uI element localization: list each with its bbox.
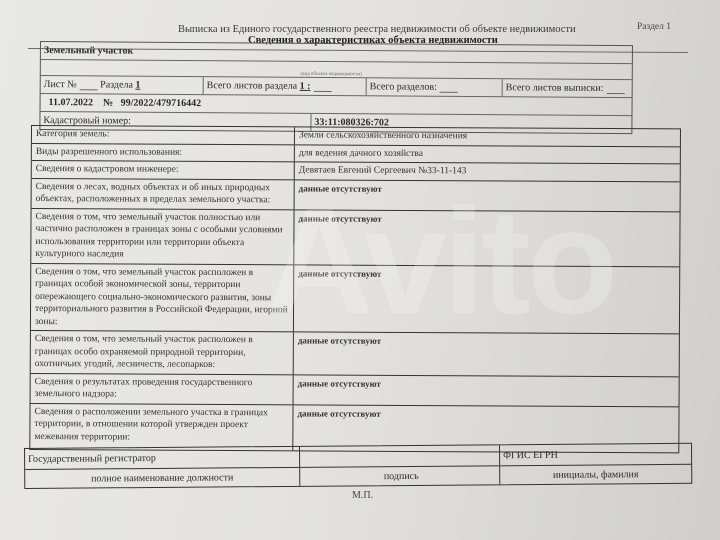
sheet-number-blank bbox=[80, 80, 98, 90]
characteristics-table: Категория земель:Земли сельскохозяйствен… bbox=[29, 125, 681, 453]
object-type-caption: (вид объекта недвижимости) bbox=[300, 72, 361, 77]
object-info-box: Земельный участок (вид объекта недвижимо… bbox=[39, 41, 633, 134]
total-sheets-section-label: Всего листов раздела bbox=[207, 80, 298, 92]
total-sheets-extract-cell: Всего листов выписки: bbox=[502, 79, 632, 97]
total-sections-cell: Всего разделов: bbox=[366, 78, 502, 96]
row-value: Земли сельскохозяйственного назначения bbox=[294, 127, 680, 146]
table-row: Сведения о том, что земельный участок ра… bbox=[31, 264, 679, 335]
sheet-label: Лист № bbox=[44, 79, 77, 90]
row-value: данные отсутствуют bbox=[294, 180, 680, 211]
row-value: Девятаев Евгений Сергеевич №33-11-143 bbox=[294, 162, 680, 181]
extract-page: Выписка из Единого государственного реес… bbox=[0, 0, 720, 540]
row-key: Категория земель: bbox=[32, 126, 294, 144]
extract-date: 11.07.2022 bbox=[49, 97, 94, 108]
blank-line bbox=[313, 81, 331, 91]
object-type: Земельный участок bbox=[41, 45, 133, 57]
table-row: Сведения о том, что земельный участок ра… bbox=[31, 331, 679, 377]
signature-field bbox=[299, 445, 499, 467]
signature-caption-row: полное наименование должности подпись ин… bbox=[25, 465, 691, 488]
row-value: данные отсутствуют bbox=[293, 210, 679, 266]
signature-table: Государственный регистратор ФГИС ЕГРН по… bbox=[24, 443, 692, 489]
row-key: Сведения о результатах проведения госуда… bbox=[31, 374, 293, 404]
total-sheets-extract-label: Всего листов выписки: bbox=[506, 82, 604, 94]
row-value: данные отсутствуют bbox=[293, 375, 679, 406]
row-value: для ведения дачного хозяйства bbox=[294, 145, 680, 164]
section-number: 1 bbox=[135, 80, 140, 91]
number-sign: № bbox=[103, 97, 113, 108]
total-sheets-section-cell: Всего листов раздела 1 : bbox=[203, 77, 366, 95]
stamp-placeholder: М.П. bbox=[352, 490, 373, 501]
row-value: данные отсутствуют bbox=[293, 265, 679, 334]
document-title: Выписка из Единого государственного реес… bbox=[178, 24, 576, 35]
row-key: Сведения о лесах, водных объектах и об и… bbox=[32, 179, 294, 209]
row-key: Сведения о том, что земельный участок по… bbox=[31, 209, 293, 264]
table-row: Сведения о том, что земельный участок по… bbox=[31, 209, 679, 267]
blank-line bbox=[440, 82, 458, 92]
table-row: Сведения о результатах проведения госуда… bbox=[31, 374, 679, 407]
registry-number: 99/2022/479716442 bbox=[121, 98, 202, 110]
name-caption: инициалы, фамилия bbox=[499, 465, 691, 485]
row-key: Сведения о кадастровом инженере: bbox=[32, 161, 294, 179]
registrar-name: ФГИС ЕГРН bbox=[499, 444, 691, 466]
table-row: Сведения о лесах, водных объектах и об и… bbox=[32, 179, 680, 212]
total-sections-label: Всего разделов: bbox=[370, 81, 437, 92]
position-caption: полное наименование должности bbox=[25, 468, 299, 488]
row-key: Виды разрешенного использования: bbox=[32, 144, 294, 162]
signature-caption: подпись bbox=[299, 466, 499, 486]
sheet-number-cell: Лист № Раздела 1 bbox=[41, 76, 203, 94]
row-key: Сведения о расположении земельного участ… bbox=[30, 404, 292, 451]
registrar-position: Государственный регистратор bbox=[25, 447, 299, 469]
section-label: Раздел 1 bbox=[637, 22, 671, 32]
row-key: Сведения о том, что земельный участок ра… bbox=[31, 331, 293, 374]
blank-line bbox=[606, 83, 624, 93]
row-key: Сведения о том, что земельный участок ра… bbox=[31, 264, 293, 332]
section-word: Раздела bbox=[100, 79, 133, 90]
total-sheets-section-value: 1 : bbox=[300, 81, 311, 92]
row-value: данные отсутствуют bbox=[293, 332, 679, 376]
